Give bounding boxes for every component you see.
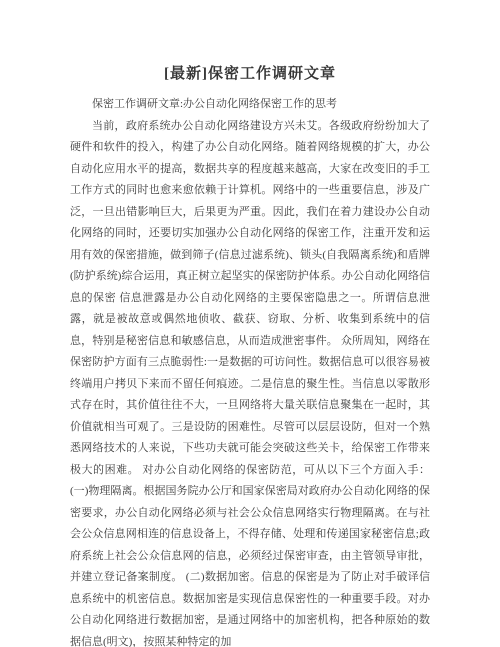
document-page: [最新]保密工作调研文章 保密工作调研文章:办公自动化网络保密工作的思考 当前，… bbox=[0, 0, 500, 647]
document-title: [最新]保密工作调研文章 bbox=[40, 62, 460, 83]
document-subtitle: 保密工作调研文章:办公自动化网络保密工作的思考 bbox=[70, 94, 430, 116]
document-body: 当前，政府系统办公自动化网络建设方兴未艾。各级政府纷纷加大了硬件和软件的投入，构… bbox=[70, 116, 430, 647]
